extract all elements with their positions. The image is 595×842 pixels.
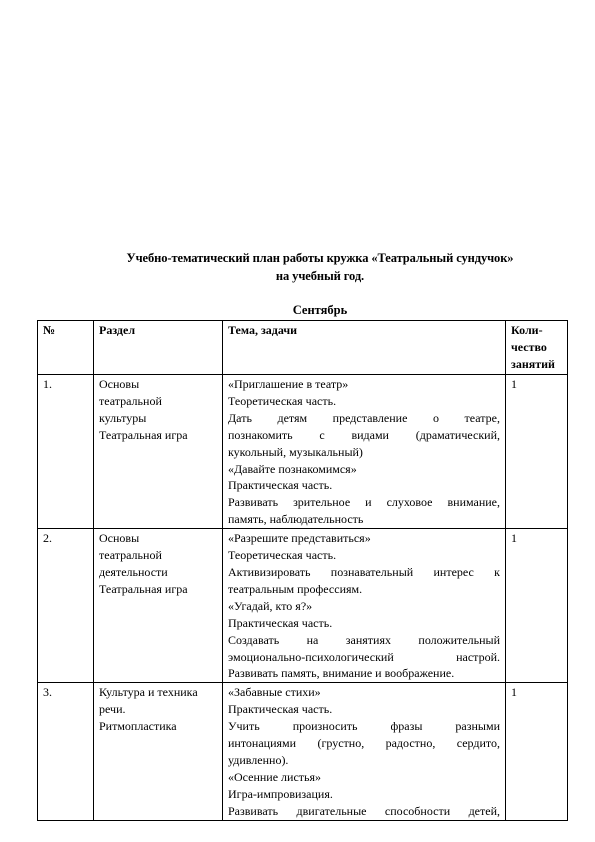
topic-line: Создавать на занятиях положительный [228, 632, 500, 649]
topic-line: Дать детям представление о театре, [228, 410, 500, 427]
table-row: 2.ОсновытеатральнойдеятельностиТеатральн… [38, 529, 568, 683]
topic-line: Практическая часть. [228, 701, 500, 718]
topic-line: «Приглашение в театр» [228, 376, 500, 393]
document-title: Учебно-тематический план работы кружка «… [0, 250, 595, 267]
row-count: 1 [506, 529, 568, 683]
topic-line: «Угадай, кто я?» [228, 598, 500, 615]
section-line: Театральная игра [99, 581, 217, 598]
header-count-line: чество [511, 339, 562, 356]
section-line: Культура и техника [99, 684, 217, 701]
row-section: Культура и техникаречи.Ритмопластика [94, 683, 223, 820]
topic-line: театральным профессиям. [228, 581, 500, 598]
topic-line: «Осенние листья» [228, 769, 500, 786]
topic-line: Учить произносить фразы разными [228, 718, 500, 735]
topic-line: Практическая часть. [228, 477, 500, 494]
topic-line: память, наблюдательность [228, 511, 500, 528]
topic-line: познакомить с видами (драматический, [228, 427, 500, 444]
topic-line: интонациями (грустно, радостно, сердито, [228, 735, 500, 752]
table-header-row: № Раздел Тема, задачи Коли- чество занят… [38, 321, 568, 375]
section-line: речи. [99, 701, 217, 718]
topic-line: Теоретическая часть. [228, 547, 500, 564]
month-heading: Сентябрь [0, 302, 595, 319]
topic-line: Практическая часть. [228, 615, 500, 632]
section-line: Основы [99, 530, 217, 547]
topic-line: удивленно). [228, 752, 500, 769]
topic-line: эмоционально-психологический настрой. [228, 649, 500, 666]
topic-line: кукольный, музыкальный) [228, 444, 500, 461]
section-line: культуры [99, 410, 217, 427]
header-count-line: занятий [511, 356, 562, 373]
section-line: Театральная игра [99, 427, 217, 444]
topic-line: «Разрешите представиться» [228, 530, 500, 547]
section-line: Основы [99, 376, 217, 393]
topic-line: Игра-импровизация. [228, 786, 500, 803]
row-number: 3. [38, 683, 94, 820]
topic-line: «Давайте познакомимся» [228, 461, 500, 478]
header-section: Раздел [94, 321, 223, 375]
section-line: деятельности [99, 564, 217, 581]
header-count-line: Коли- [511, 322, 562, 339]
topic-line: Теоретическая часть. [228, 393, 500, 410]
topic-line: Активизировать познавательный интерес к [228, 564, 500, 581]
topic-line: «Забавные стихи» [228, 684, 500, 701]
row-topic: «Забавные стихи»Практическая часть.Учить… [223, 683, 506, 820]
document-subtitle: на учебный год. [0, 268, 595, 285]
section-line: Ритмопластика [99, 718, 217, 735]
plan-table: № Раздел Тема, задачи Коли- чество занят… [37, 320, 568, 821]
row-count: 1 [506, 375, 568, 529]
row-number: 1. [38, 375, 94, 529]
row-count: 1 [506, 683, 568, 820]
table-row: 3.Культура и техникаречи.Ритмопластика«З… [38, 683, 568, 820]
section-line: театральной [99, 393, 217, 410]
header-topic: Тема, задачи [223, 321, 506, 375]
header-num: № [38, 321, 94, 375]
row-number: 2. [38, 529, 94, 683]
topic-line: Развивать двигательные способности детей… [228, 803, 500, 820]
row-topic: «Приглашение в театр»Теоретическая часть… [223, 375, 506, 529]
row-section: ОсновытеатральнойдеятельностиТеатральная… [94, 529, 223, 683]
table-row: 1.ОсновытеатральнойкультурыТеатральная и… [38, 375, 568, 529]
topic-line: Развивать память, внимание и воображение… [228, 665, 500, 682]
row-section: ОсновытеатральнойкультурыТеатральная игр… [94, 375, 223, 529]
topic-line: Развивать зрительное и слуховое внимание… [228, 494, 500, 511]
row-topic: «Разрешите представиться»Теоретическая ч… [223, 529, 506, 683]
section-line: театральной [99, 547, 217, 564]
header-count: Коли- чество занятий [506, 321, 568, 375]
